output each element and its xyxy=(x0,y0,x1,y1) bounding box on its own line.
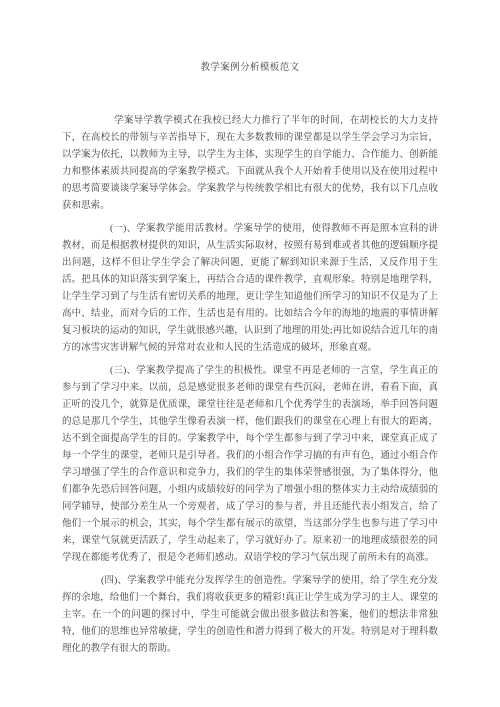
paragraph-point-three: (三)、学案教学提高了学生的积极性。课堂不再是老师的一言堂，学生真正的参与到了学… xyxy=(62,363,438,567)
document-body: 学案导学教学模式在我校已经大力推行了半年的时间，在胡校长的大力支持下，在高校长的… xyxy=(62,113,438,658)
paragraph-intro: 学案导学教学模式在我校已经大力推行了半年的时间，在胡校长的大力支持下，在高校长的… xyxy=(62,113,438,215)
paragraph-point-one: (一)、学案教学能用活教材。学案导学的使用，使得教师不再是照本宣科的讲教材，而是… xyxy=(62,221,438,357)
document-page: 教学案例分析模板范文 学案导学教学模式在我校已经大力推行了半年的时间，在胡校长的… xyxy=(0,0,500,707)
document-title: 教学案例分析模板范文 xyxy=(0,62,500,74)
paragraph-point-four: (四)、学案教学中能充分发挥学生的创造性。学案导学的使用，给了学生充分发挥的余地… xyxy=(62,573,438,658)
